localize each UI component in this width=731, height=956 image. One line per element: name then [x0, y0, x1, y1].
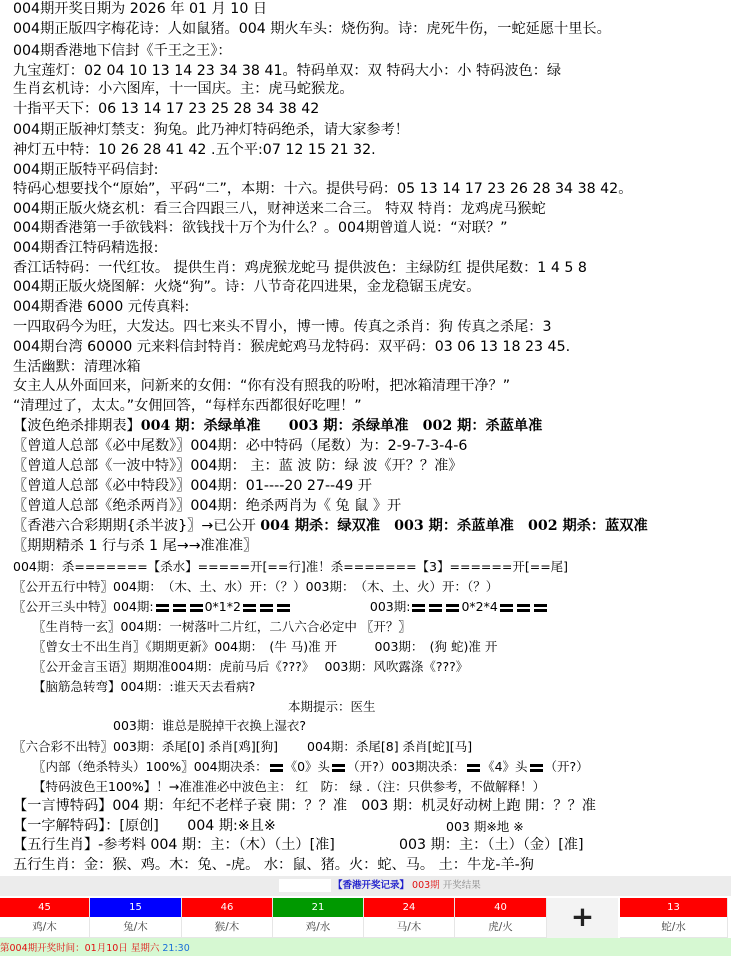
xiangjiang-title-line: 004期香江特码精选报: — [13, 239, 158, 258]
next-draw-text: 第004期开奖时间：01月10日 星期六 21:30 — [0, 940, 190, 954]
ball-zodiac: 虎/火 — [455, 917, 546, 938]
half-wave-kill-line: 〖香港六合彩期期{杀半波}〗→已公开 004 期杀：绿双准 003 期：杀蓝单准… — [13, 517, 648, 536]
three-head-label: 〖公开三头中特〗004期: — [13, 599, 154, 614]
internal-kill-line: 〖内部（绝杀特头）100%〗004期决杀：《0》头（开?）003期决杀：《4》头… — [33, 757, 589, 776]
one-char-003: 003 期※地 ※ — [446, 817, 524, 836]
three-head-003: 0*2*4 — [461, 599, 497, 614]
flat-code-line: 特码心想要找个“原始”，平码“二”，本期：十六。提供号码：05 13 14 17… — [13, 180, 632, 199]
xiangjiang-code-line: 香江话特码：一代红妆。 提供生肖：鸡虎猴龙蛇马 提供波色：主绿防红 提供尾数：1… — [13, 259, 587, 278]
humor-line-2: “清理过了，太太。”女佣回答，“每样东西都很好吃哩！” — [13, 397, 362, 416]
lamp-ban-line: 004期正版神灯禁支：狗兔。此乃神灯特码绝杀，请大家参考！ — [13, 121, 409, 140]
ball-number: 13 — [620, 898, 727, 917]
internal-kill-label: 〖内部（绝杀特头）100%〗004期决杀： — [33, 759, 268, 774]
taiwan-line: 004期台湾 60000 元来料信封特肖：猴虎蛇鸡马龙特码：双平码：03 06 … — [13, 338, 570, 357]
bar-icon — [467, 764, 480, 772]
humor-line-1: 女主人从外面回来，问新来的女佣：“你有没有照我的吩咐，把冰箱清理干净？” — [13, 377, 510, 396]
bar-icon — [156, 604, 169, 612]
nine-lotus-line: 九宝莲灯：02 04 10 13 14 23 34 38 41。特码单双：双 特… — [13, 62, 561, 81]
internal-kill-mid: （开?）003期决杀： — [347, 759, 465, 774]
bar-icon — [446, 604, 459, 612]
ten-fingers-line: 十指平天下：06 13 14 17 23 25 28 34 38 42 — [13, 100, 319, 119]
plus-icon: + — [547, 898, 618, 938]
one-wave-line: 〖曾道人总部《一波中特》〗004期： 主：蓝 波 防：绿 波《开？？准》 — [13, 457, 462, 476]
one-char-line: 【一字解特码】：[原创] 004 期:※且※ — [13, 817, 276, 836]
hint-line: 本期提示：医生 — [288, 697, 376, 716]
wave-kill-label: 【波色绝杀排期表】 — [13, 418, 141, 434]
bar-icon — [173, 604, 186, 612]
tail-number-line: 〖曾道人总部《必中尾数》〗004期：必中特码（尾数）为：2-9-7-3-4-6 — [13, 437, 467, 456]
half-wave-values: 004 期杀：绿双准 003 期：杀蓝单准 002 期杀：蓝双准 — [260, 518, 647, 534]
brain-teaser-003-line: 003期：谁总是脱掉干衣换上湿衣? — [113, 716, 306, 735]
result-ball-5: 24 马/木 — [364, 898, 455, 938]
ball-zodiac: 马/木 — [364, 917, 454, 938]
five-element-line: 〖公开五行中特〗004期： （木、土、水）开：（？）003期： （木、土、火）开… — [13, 577, 498, 596]
bar-icon — [243, 604, 256, 612]
next-draw-date: 第004期开奖时间：01月10日 星期六 — [0, 943, 162, 954]
internal-kill-003: 《4》头 — [482, 759, 527, 774]
bar-icon — [500, 604, 513, 612]
ball-number: 24 — [364, 898, 454, 917]
first-hand-line: 004期香港第一手欲钱料：欲钱找十万个为什么？。004期曾道人说：“对联？” — [13, 219, 508, 238]
three-head-003-label: 003期: — [370, 599, 411, 614]
next-draw-time: 21:30 — [162, 943, 189, 954]
bar-icon — [260, 604, 273, 612]
flat-code-title-line: 004期正版特平码信封: — [13, 161, 158, 180]
bar-icon — [270, 764, 283, 772]
bar-icon — [534, 604, 547, 612]
ball-number: 15 — [90, 898, 181, 917]
results-title-link[interactable]: 【香港开奖记录】 — [333, 880, 409, 891]
ball-number: 40 — [455, 898, 546, 917]
ball-zodiac: 鸡/木 — [0, 917, 89, 938]
wave-king-line: 【特码波色王100%】！→准准准必中波色主： 红 防： 绿 .（注：只供参考，不… — [33, 777, 545, 796]
ball-zodiac: 鸡/水 — [273, 917, 363, 938]
zodiac-poem-line: 生肖玄机诗：小六图库，十一国庆。主：虎马蛇猴龙。 — [13, 80, 354, 99]
result-ball-3: 46 猴/木 — [182, 898, 273, 938]
one-word-line: 【一言博特码】004 期：年纪不老样子衰 開：？？准 003 期：机灵好动树上跑… — [13, 797, 596, 816]
brain-teaser-line: 【脑筋急转弯】004期：:谁天天去看病? — [33, 677, 255, 696]
result-ball-6: 40 虎/火 — [455, 898, 547, 938]
no-special-line: 〖六合彩不出特〗003期：杀尾[0] 杀肖[鸡][狗] 004期：杀尾[8] 杀… — [13, 737, 472, 756]
no-zodiac-line: 〖曾女士不出生肖〗《期期更新》004期： (牛 马)准 开 003期： (狗 蛇… — [33, 637, 497, 656]
draw-date-line: 004期开奖日期为 2026 年 01 月 10 日 — [13, 0, 267, 19]
results-header-text: 【香港开奖记录】 003期 开奖结果 — [333, 879, 481, 892]
bar-icon — [429, 604, 442, 612]
ball-zodiac: 猴/木 — [182, 917, 272, 938]
internal-kill-end: （开?） — [545, 759, 589, 774]
special-segment-line: 〖曾道人总部《必中特段》〗004期：01----20 27--49 开 — [13, 477, 372, 496]
zodiac-riddle-line: 〖生肖特一玄〗004期：一树落叶二片红，二八六合必定中 〖开？〗 — [33, 617, 411, 636]
bar-icon — [190, 604, 203, 612]
result-ball-4: 21 鸡/水 — [273, 898, 364, 938]
ball-number: 21 — [273, 898, 363, 917]
bar-icon — [517, 604, 530, 612]
five-element-zodiac-line: 【五行生肖】-参考料 004 期：主：（木）（土）[准] — [13, 836, 335, 855]
bar-icon — [412, 604, 425, 612]
result-ball-2: 15 兔/木 — [90, 898, 182, 938]
result-balls: 45 鸡/木 15 兔/木 46 猴/木 21 鸡/水 24 马/木 40 虎/… — [0, 898, 731, 938]
results-period: 003期 — [412, 880, 440, 891]
next-draw-footer: 第004期开奖时间：01月10日 星期六 21:30 — [0, 938, 731, 956]
fire-mystery-line: 004期正版火烧玄机：看三合四跟三八，财神送来二合三。 特双 特肖：龙鸡虎马猴蛇 — [13, 200, 546, 219]
result-ball-1: 45 鸡/木 — [0, 898, 90, 938]
golden-words-line: 〖公开金言玉语〗期期准004期：虎前马后《???》 003期：风吹露涤《???》 — [33, 657, 468, 676]
envelope-title-line: 004期香港地下信封《千王之王》： — [13, 42, 232, 61]
results-header: 【香港开奖记录】 003期 开奖结果 — [0, 876, 731, 896]
fax-title-line: 004期香港 6000 元传真料: — [13, 298, 189, 317]
ball-number: 46 — [182, 898, 272, 917]
internal-kill-004: 《0》头 — [285, 759, 330, 774]
special-ball: 13 蛇/水 — [620, 898, 728, 938]
ball-zodiac: 蛇/水 — [620, 917, 727, 938]
five-element-map-line: 五行生肖：金：猴、鸡。木：兔、-虎。 水：鼠、猪。火：蛇、马。 土：牛龙-羊-狗 — [13, 856, 534, 875]
one-char-004: 【一字解特码】：[原创] 004 期:※且※ — [13, 818, 276, 834]
fire-diagram-line: 004期正版火烧图解：火烧“狗”。诗：八节奇花四进果，金龙稳锯玉虎安。 — [13, 278, 480, 297]
humor-title-line: 生活幽默：清理冰箱 — [13, 358, 141, 377]
wave-kill-line: 【波色绝杀排期表】004 期：杀绿单准 003 期：杀绿单准 002 期：杀蓝单… — [13, 417, 542, 436]
ball-number: 45 — [0, 898, 89, 917]
bar-icon — [332, 764, 345, 772]
bar-icon — [530, 764, 543, 772]
element-tail-kill-line: 004期：杀=======【杀水】=====开[==行]准！杀=======【3… — [13, 557, 568, 576]
results-panel: 【香港开奖记录】 003期 开奖结果 45 鸡/木 15 兔/木 46 猴/木 … — [0, 876, 731, 956]
ball-zodiac: 兔/木 — [90, 917, 181, 938]
three-head-line: 〖公开三头中特〗004期:0*1*2 003期:0*2*4 — [13, 597, 549, 616]
two-zodiac-kill-line: 〖曾道人总部《绝杀两肖》〗004期：绝杀两肖为《 兔 鼠 》开 — [13, 497, 401, 516]
wave-kill-values: 004 期：杀绿单准 003 期：杀绿单准 002 期：杀蓝单准 — [141, 418, 543, 434]
results-label: 开奖结果 — [443, 880, 481, 891]
bar-icon — [277, 604, 290, 612]
half-wave-label: 〖香港六合彩期期{杀半波}〗→已公开 — [13, 518, 260, 534]
header-blank-box — [279, 879, 331, 892]
element-tail-title-line: 〖期期精杀 1 行与杀 1 尾→→准准准〗 — [13, 537, 257, 556]
five-element-zodiac-003: 003 期：主：（土）（金）[准] — [399, 836, 584, 855]
lamp-five-line: 神灯五中特：10 26 28 41 42 .五个平:07 12 15 21 32… — [13, 141, 376, 160]
three-head-004: 0*1*2 — [205, 599, 241, 614]
fax-content-line: 一四取码今为旺，大发达。四七来头不胃小，博一博。传真之杀肖：狗 传真之杀尾：3 — [13, 318, 551, 337]
plum-poem-line: 004期正版四字梅花诗：人如鼠猪。004 期火车头：烧伤狗。诗：虎死牛伤，一蛇延… — [13, 20, 611, 39]
